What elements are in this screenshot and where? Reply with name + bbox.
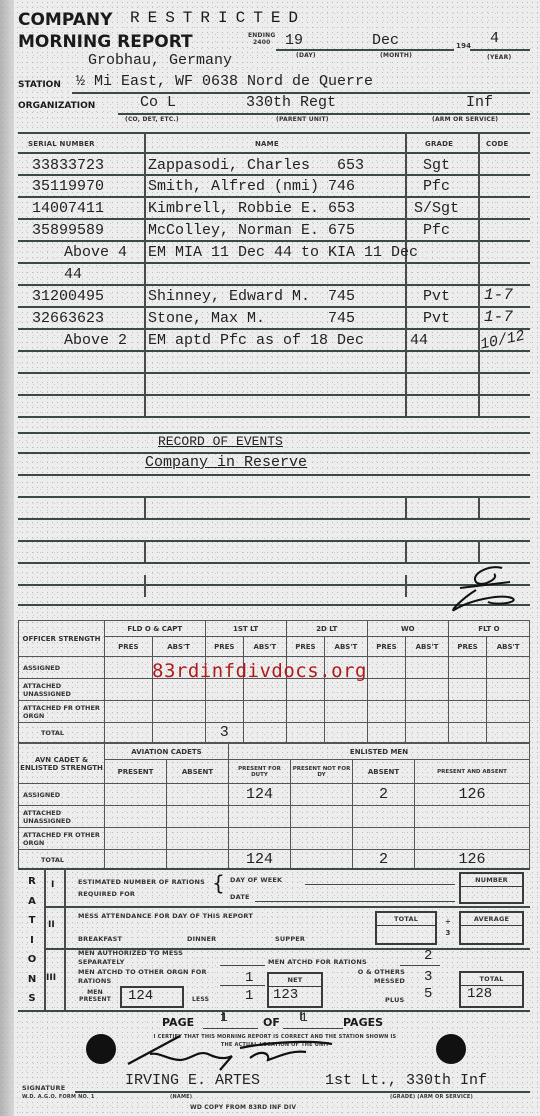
officers-messed-label: O & OTHERS MESSED: [335, 968, 405, 986]
page-label: PAGE: [162, 1016, 194, 1029]
dinner-label: DINNER: [187, 935, 216, 943]
roster-row-7-name: Shinney, Edward M. 745: [148, 288, 355, 305]
officer-group-2d-lt: 2D LT: [286, 621, 367, 637]
plus-label: PLUS: [385, 996, 404, 1004]
rations-section-i-numeral: I: [51, 880, 54, 890]
col-pres: PRES: [286, 637, 324, 657]
men-atchd-other-label: MEN ATCHD TO OTHER ORGN FOR RATIONS: [78, 968, 228, 986]
officer-row-total: TOTAL: [19, 723, 105, 743]
enlisted-row-attached-other: ATTACHED FR OTHER ORGN: [19, 828, 105, 850]
year-prefix: 194: [456, 42, 471, 50]
enlisted-row-assigned: ASSIGNED: [19, 784, 105, 806]
org-unit: Co L: [140, 94, 176, 111]
officers-messed-value: 3: [424, 969, 432, 985]
rations-total-value: 128: [461, 986, 522, 1002]
enlisted-row-attached-unassigned: ATTACHED UNASSIGNED: [19, 806, 105, 828]
rations-section-ii-numeral: II: [48, 920, 55, 930]
col-present-and-absent: PRESENT AND ABSENT: [415, 760, 530, 784]
col-present-for-duty: PRESENT FOR DUTY: [229, 760, 291, 784]
total-present-and-absent: 126: [415, 850, 530, 870]
mess-total-box: TOTAL: [375, 911, 437, 945]
org-arm-caption: (ARM OR SERVICE): [432, 116, 498, 123]
divide-by-three: ÷ 3: [443, 917, 453, 939]
roster-row-4-serial: 35899589: [32, 222, 104, 239]
form-note: W.D. A.G.O. FORM NO. 1: [22, 1094, 95, 1100]
col-grade: GRADE: [425, 140, 453, 148]
roster-row-2-grade: Pfc: [423, 178, 450, 195]
roster-row-8-serial: 32663623: [32, 310, 104, 327]
brace: {: [212, 871, 225, 895]
officer-total-1st-lt-pres: 3: [205, 723, 243, 743]
roster-row-8-code: 1-7: [484, 308, 513, 326]
org-parent-caption: (PARENT UNIT): [276, 116, 329, 123]
men-atchd-for-rations-value: 2: [424, 948, 432, 964]
report-day: 19: [285, 32, 303, 49]
net-box: NET 123: [267, 972, 323, 1008]
roster-row-3-grade: S/Sgt: [414, 200, 459, 217]
org-arm: Inf: [466, 94, 493, 111]
col-pres: PRES: [448, 637, 486, 657]
date-label: DATE: [230, 893, 250, 901]
officer-group-1st-lt: 1ST LT: [205, 621, 286, 637]
restricted-stamp: RESTRICTED: [130, 9, 306, 27]
officer-row-attached-other: ATTACHED FR OTHER ORGN: [19, 701, 105, 723]
roster-row-8-name: Stone, Max M. 745: [148, 310, 355, 327]
roster-row-1-name: Zappasodi, Charles 653: [148, 157, 364, 174]
initials-signature-icon: [440, 560, 530, 615]
men-present-value: 124: [122, 988, 182, 1004]
col-cadet-absent: ABSENT: [167, 760, 229, 784]
signer-grade: 1st Lt., 330th Inf: [325, 1072, 487, 1089]
page-value: 1: [220, 1010, 228, 1025]
mess-average-box: AVERAGE: [459, 911, 524, 945]
assigned-absent: 2: [353, 784, 415, 806]
roster-row-9-name: EM aptd Pfc as of 18 Dec: [148, 332, 364, 349]
morning-report-label: MORNING REPORT: [18, 32, 193, 52]
col-pres: PRES: [205, 637, 243, 657]
roster-row-9-grade: 44: [410, 332, 428, 349]
total-absent: 2: [353, 850, 415, 870]
station-label: STATION: [18, 80, 61, 90]
officer-group-fld-o-capt: FLD O & CAPT: [105, 621, 206, 637]
men-atchd-other-value: 1: [245, 970, 253, 986]
day-caption: (DAY): [296, 52, 316, 59]
total-present-for-duty: 124: [229, 850, 291, 870]
punch-hole-right: [436, 1034, 466, 1064]
org-parent: 330th Regt: [246, 94, 336, 111]
roster-row-9-serial: Above 2: [64, 332, 127, 349]
roster-row-3-serial: 14007411: [32, 200, 104, 217]
roster-row-7-serial: 31200495: [32, 288, 104, 305]
rations-side-label: RATIONS: [26, 872, 38, 1009]
officer-strength-title: OFFICER STRENGTH: [19, 621, 105, 657]
rations-total-box: TOTAL 128: [459, 971, 524, 1008]
pages-label: PAGES: [343, 1016, 383, 1029]
men-present-label: MEN PRESENT: [72, 989, 118, 1003]
officer-signature-icon: [120, 1030, 350, 1072]
men-atchd-for-rations-label: MEN ATCHD FOR RATIONS: [268, 958, 367, 966]
col-pres: PRES: [105, 637, 153, 657]
grade-caption: (GRADE) (ARM OR SERVICE): [390, 1094, 473, 1100]
col-code: CODE: [486, 140, 508, 148]
roster-row-5-name: EM MIA 11 Dec 44 to KIA 11 Dec: [148, 244, 418, 261]
col-abst: ABS'T: [243, 637, 286, 657]
bottom-note: WD COPY FROM 83RD INF DIV: [190, 1104, 296, 1111]
aviation-cadets-group: AVIATION CADETS: [105, 744, 229, 760]
col-em-absent: ABSENT: [353, 760, 415, 784]
less-label: LESS: [192, 996, 209, 1003]
report-month: Dec: [372, 32, 399, 49]
assigned-present-for-duty: 124: [229, 784, 291, 806]
company-label: COMPANY: [18, 10, 112, 30]
col-serial-number: SERIAL NUMBER: [28, 140, 95, 148]
organization-label: ORGANIZATION: [18, 101, 95, 111]
rations-number-box: NUMBER: [459, 872, 524, 904]
roster-row-3-name: Kimbrell, Robbie E. 653: [148, 200, 355, 217]
enlisted-men-group: ENLISTED MEN: [229, 744, 530, 760]
year-caption: (YEAR): [487, 54, 511, 61]
less-value: 1: [245, 988, 253, 1004]
col-name: NAME: [255, 140, 279, 148]
col-abst: ABS'T: [325, 637, 368, 657]
month-caption: (MONTH): [380, 52, 412, 59]
station-value: ½ Mi East, WF 0638 Nord de Querre: [76, 73, 373, 90]
roster-row-7-code: 1-7: [484, 286, 513, 304]
mess-separately-label: MEN AUTHORIZED TO MESS SEPARATELY: [78, 949, 228, 967]
net-value: 123: [269, 987, 321, 1003]
roster-row-1-serial: 33833723: [32, 157, 104, 174]
supper-label: SUPPER: [275, 935, 305, 943]
assigned-present-and-absent: 126: [415, 784, 530, 806]
officer-row-attached-unassigned: ATTACHED UNASSIGNED: [19, 679, 105, 701]
roster-row-8-grade: Pvt: [423, 310, 450, 327]
col-cadet-present: PRESENT: [105, 760, 167, 784]
roster-row-5-serial: Above 4: [64, 244, 127, 261]
scan-edge-shadow: [0, 0, 14, 1116]
col-abst: ABS'T: [152, 637, 205, 657]
enlisted-strength-table: AVN CADET & ENLISTED STRENGTH AVIATION C…: [18, 743, 530, 870]
officer-group-wo: WO: [367, 621, 448, 637]
record-of-events-title: RECORD OF EVENTS: [158, 434, 283, 449]
breakfast-label: BREAKFAST: [78, 935, 122, 943]
officer-row-assigned: ASSIGNED: [19, 657, 105, 679]
morning-report-page: COMPANY RESTRICTED MORNING REPORT ENDING…: [0, 0, 540, 1116]
col-abst: ABS'T: [487, 637, 530, 657]
punch-hole-left: [86, 1034, 116, 1064]
col-pres: PRES: [367, 637, 405, 657]
roster-row-2-name: Smith, Alfred (nmi) 746: [148, 178, 355, 195]
roster-row-4-name: McColley, Norman E. 675: [148, 222, 355, 239]
officer-group-flt-o: FLT O: [448, 621, 529, 637]
of-label: OF: [263, 1016, 280, 1029]
roster-row-6-serial: 44: [64, 266, 82, 283]
men-present-box: 124: [120, 986, 184, 1008]
roster-row-4-grade: Pfc: [423, 222, 450, 239]
enlisted-row-total: TOTAL: [19, 850, 105, 870]
signer-name: IRVING E. ARTES: [125, 1072, 260, 1089]
roster-row-7-grade: Pvt: [423, 288, 450, 305]
pages-value: 1: [300, 1010, 308, 1025]
mess-attendance-label: MESS ATTENDANCE FOR DAY OF THIS REPORT: [78, 912, 253, 920]
plus-value: 5: [424, 986, 432, 1002]
enlisted-strength-title: AVN CADET & ENLISTED STRENGTH: [19, 744, 105, 784]
roster-row-1-grade: Sgt: [423, 157, 450, 174]
ending-label: ENDING 2400: [248, 32, 275, 46]
rations-section-iii-numeral: III: [46, 973, 56, 983]
day-of-week-label: DAY OF WEEK: [230, 876, 282, 884]
location-line: Grobhau, Germany: [88, 52, 232, 69]
watermark-text: 83rdinfdivdocs.org: [152, 660, 367, 682]
record-of-events-text: Company in Reserve: [145, 454, 307, 471]
org-unit-caption: (CO, DET, ETC.): [125, 116, 179, 123]
name-caption: (NAME): [170, 1094, 192, 1100]
estimated-rations-label: ESTIMATED NUMBER OF RATIONS REQUIRED FOR: [78, 876, 218, 900]
report-year: 4: [490, 30, 499, 47]
col-present-not-for-duty: PRESENT NOT FOR DY: [291, 760, 353, 784]
signature-label: SIGNATURE: [22, 1084, 65, 1092]
roster-row-2-serial: 35119970: [32, 178, 104, 195]
col-abst: ABS'T: [406, 637, 449, 657]
